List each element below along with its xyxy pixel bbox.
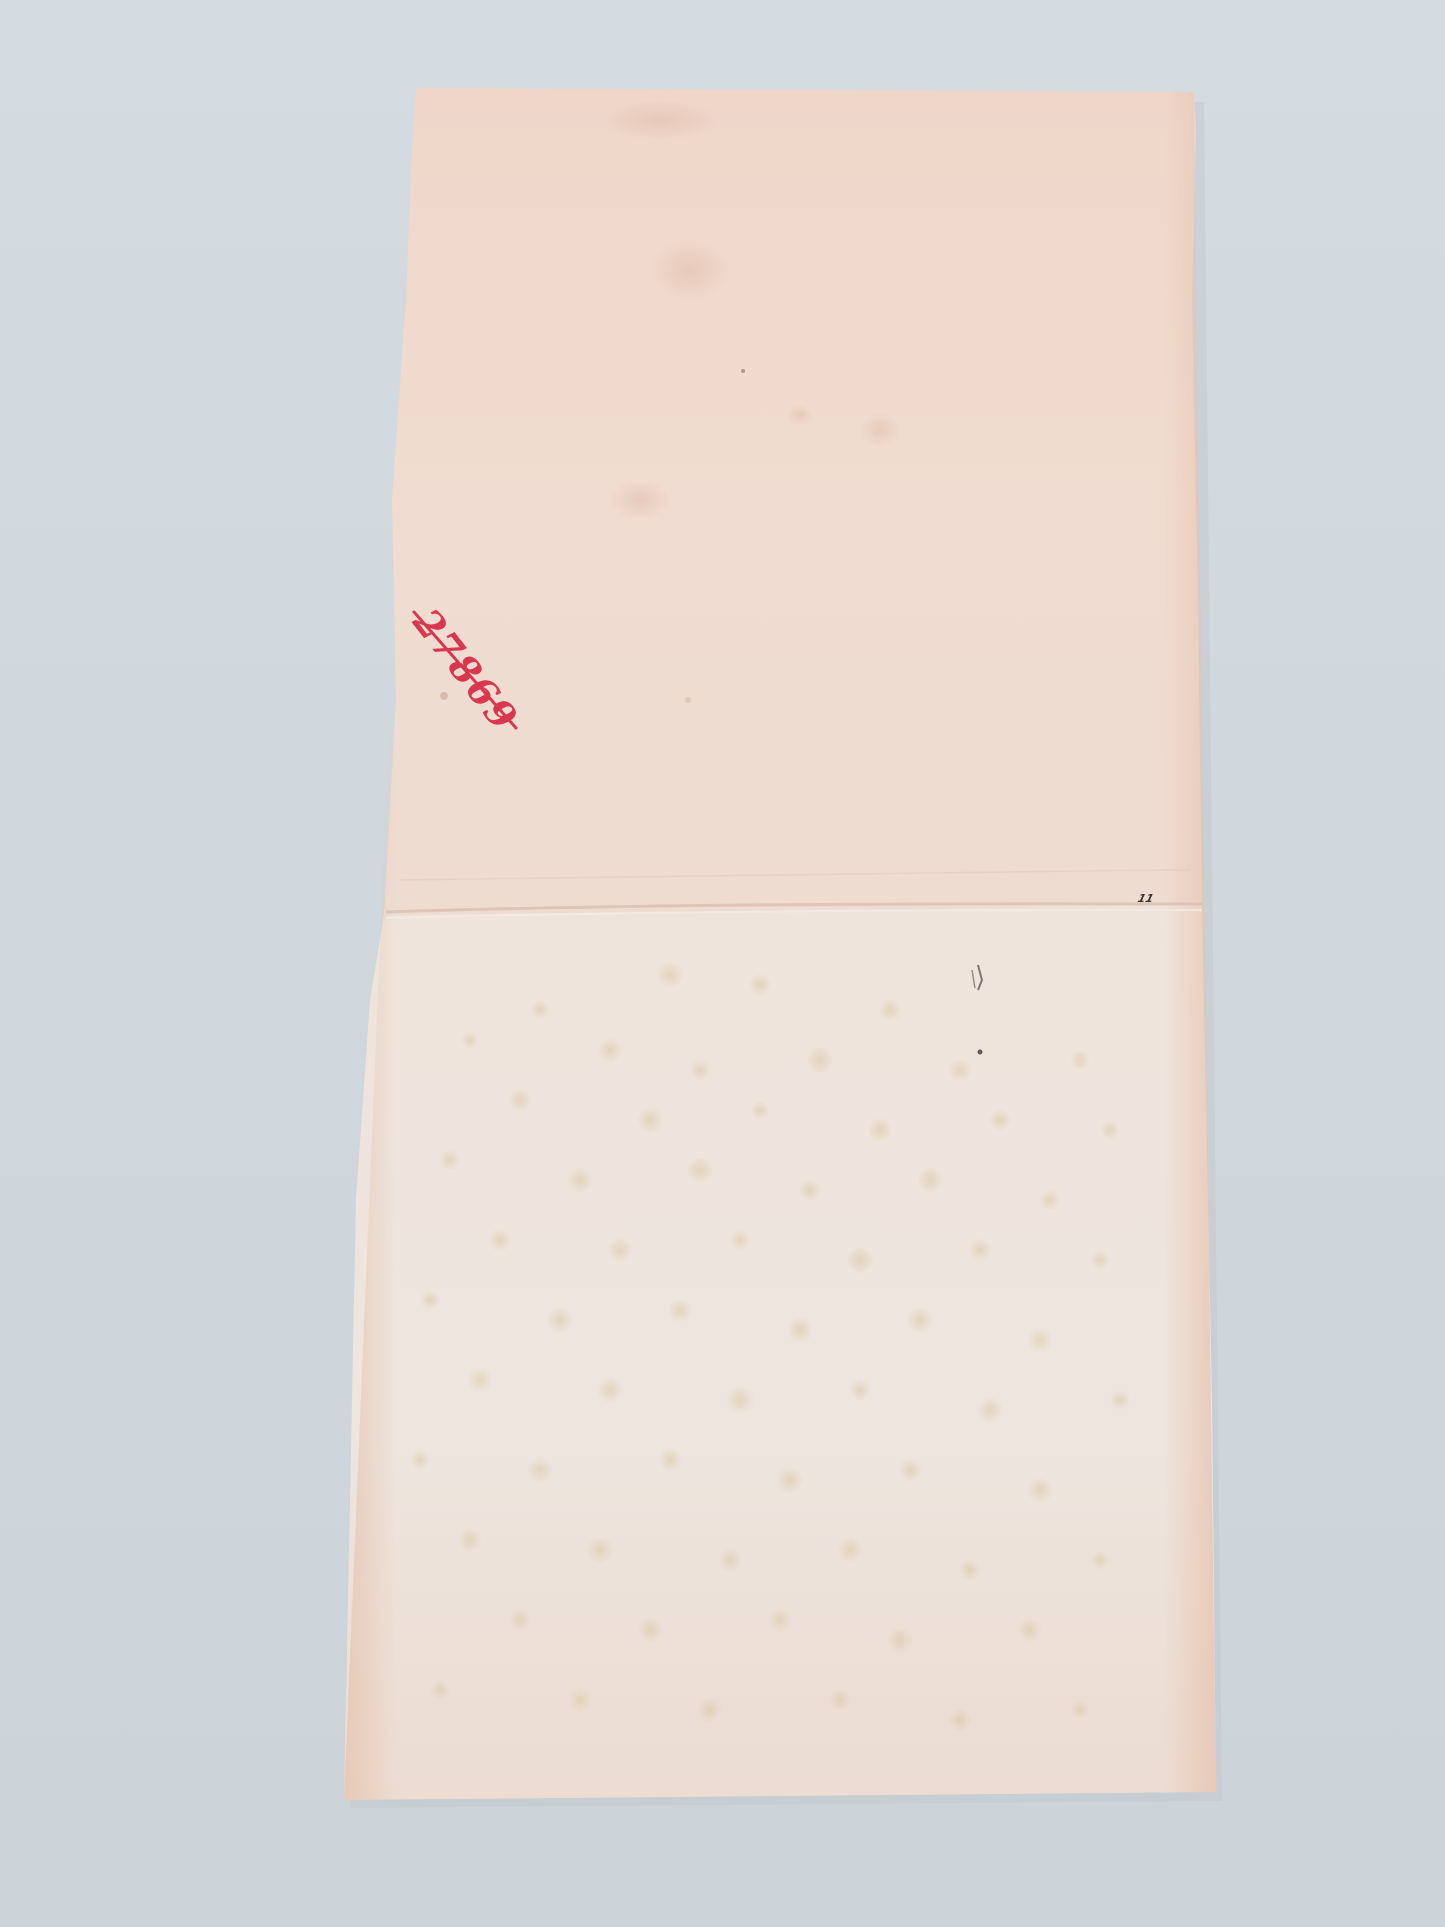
paper-sheet: 27869 11 — [0, 0, 1445, 1927]
paper-sheet-graphic — [0, 0, 1445, 1927]
photo-scene: 27869 11 — [0, 0, 1445, 1927]
